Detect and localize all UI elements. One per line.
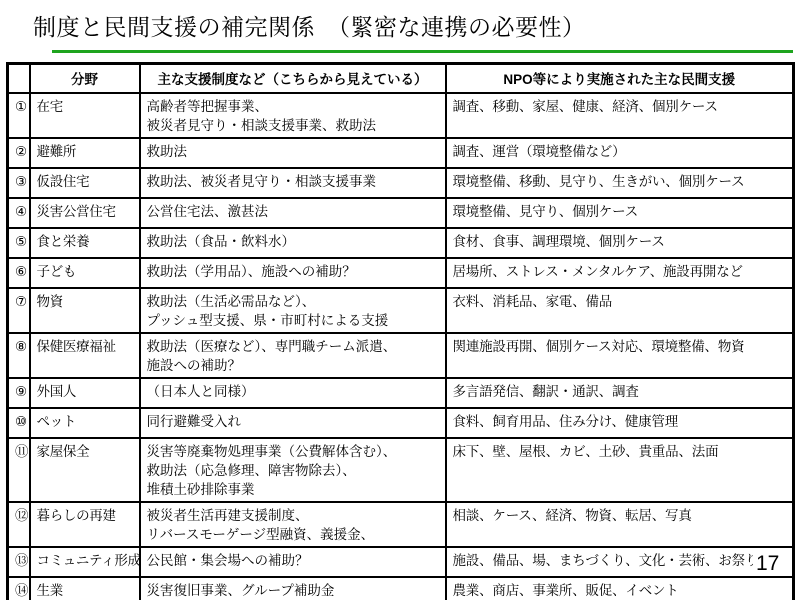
system-cell: 災害復旧事業、グループ補助金	[140, 577, 446, 600]
header-field: 分野	[30, 64, 140, 93]
system-cell: 災害等廃棄物処理事業（公費解体含む）、 救助法（応急修理、障害物除去）、 堆積土…	[140, 438, 446, 502]
row-number: ⑩	[8, 408, 30, 438]
header-npo: NPO等により実施された主な民間支援	[446, 64, 794, 93]
npo-cell: 多言語発信、翻訳・通訳、調査	[446, 378, 794, 408]
npo-cell: 関連施設再開、個別ケース対応、環境整備、物資	[446, 333, 794, 378]
field-cell: 暮らしの再建	[30, 502, 140, 547]
row-number: ⑫	[8, 502, 30, 547]
table-row: ② 避難所 救助法 調査、運営（環境整備など）	[8, 138, 794, 168]
field-cell: ペット	[30, 408, 140, 438]
table-row: ① 在宅 高齢者等把握事業、 被災者見守り・相談支援事業、救助法 調査、移動、家…	[8, 93, 794, 138]
page-title: 制度と民間支援の補完関係 （緊密な連携の必要性）	[33, 9, 586, 42]
table-row: ⑤ 食と栄養 救助法（食品・飲料水） 食材、食事、調理環境、個別ケース	[8, 228, 794, 258]
system-cell: 救助法（医療など）、専門職チーム派遣、 施設への補助？	[140, 333, 446, 378]
page-number: 17	[753, 552, 782, 576]
table-row: ⑥ 子ども 救助法（学用品）、施設への補助？ 居場所、ストレス・メンタルケア、施…	[8, 258, 794, 288]
row-number: ⑧	[8, 333, 30, 378]
npo-cell: 環境整備、移動、見守り、生きがい、個別ケース	[446, 168, 794, 198]
field-cell: コミュニティ形成	[30, 547, 140, 577]
support-comparison-table: 分野 主な支援制度など（こちらから見えている） NPO等により実施された主な民間…	[6, 62, 795, 600]
npo-cell: 調査、移動、家屋、健康、経済、個別ケース	[446, 93, 794, 138]
field-cell: 在宅	[30, 93, 140, 138]
system-cell: 救助法	[140, 138, 446, 168]
field-cell: 外国人	[30, 378, 140, 408]
system-cell: 救助法（学用品）、施設への補助？	[140, 258, 446, 288]
row-number: ⑦	[8, 288, 30, 333]
npo-cell: 農業、商店、事業所、販促、イベント	[446, 577, 794, 600]
table-row: ⑪ 家屋保全 災害等廃棄物処理事業（公費解体含む）、 救助法（応急修理、障害物除…	[8, 438, 794, 502]
system-cell: （日本人と同様）	[140, 378, 446, 408]
npo-cell: 居場所、ストレス・メンタルケア、施設再開など	[446, 258, 794, 288]
system-cell: 救助法（食品・飲料水）	[140, 228, 446, 258]
row-number: ⑪	[8, 438, 30, 502]
table-row: ⑦ 物資 救助法（生活必需品など）、 プッシュ型支援、県・市町村による支援 衣料…	[8, 288, 794, 333]
field-cell: 災害公営住宅	[30, 198, 140, 228]
npo-cell: 施設、備品、場、まちづくり、文化・芸術、お祭り	[446, 547, 794, 577]
field-cell: 物資	[30, 288, 140, 333]
table-row: ⑬ コミュニティ形成 公民館・集会場への補助？ 施設、備品、場、まちづくり、文化…	[8, 547, 794, 577]
row-number: ①	[8, 93, 30, 138]
npo-cell: 食材、食事、調理環境、個別ケース	[446, 228, 794, 258]
table-row: ⑩ ペット 同行避難受入れ 食料、飼育用品、住み分け、健康管理	[8, 408, 794, 438]
row-number: ②	[8, 138, 30, 168]
title-underline-rule	[52, 50, 793, 53]
field-cell: 家屋保全	[30, 438, 140, 502]
npo-cell: 調査、運営（環境整備など）	[446, 138, 794, 168]
table-row: ⑧ 保健医療福祉 救助法（医療など）、専門職チーム派遣、 施設への補助？ 関連施…	[8, 333, 794, 378]
system-cell: 被災者生活再建支援制度、 リバースモーゲージ型融資、義援金、	[140, 502, 446, 547]
table-header-row: 分野 主な支援制度など（こちらから見えている） NPO等により実施された主な民間…	[8, 64, 794, 93]
table-row: ⑭ 生業 災害復旧事業、グループ補助金 農業、商店、事業所、販促、イベント	[8, 577, 794, 600]
row-number: ⑤	[8, 228, 30, 258]
npo-cell: 床下、壁、屋根、カビ、土砂、貴重品、法面	[446, 438, 794, 502]
table-row: ⑫ 暮らしの再建 被災者生活再建支援制度、 リバースモーゲージ型融資、義援金、 …	[8, 502, 794, 547]
system-cell: 救助法、被災者見守り・相談支援事業	[140, 168, 446, 198]
system-cell: 公民館・集会場への補助？	[140, 547, 446, 577]
field-cell: 保健医療福祉	[30, 333, 140, 378]
table-row: ④ 災害公営住宅 公営住宅法、激甚法 環境整備、見守り、個別ケース	[8, 198, 794, 228]
row-number: ⑭	[8, 577, 30, 600]
system-cell: 同行避難受入れ	[140, 408, 446, 438]
system-cell: 高齢者等把握事業、 被災者見守り・相談支援事業、救助法	[140, 93, 446, 138]
table-row: ③ 仮設住宅 救助法、被災者見守り・相談支援事業 環境整備、移動、見守り、生きが…	[8, 168, 794, 198]
field-cell: 避難所	[30, 138, 140, 168]
header-system: 主な支援制度など（こちらから見えている）	[140, 64, 446, 93]
row-number: ⑬	[8, 547, 30, 577]
header-number	[8, 64, 30, 93]
row-number: ⑨	[8, 378, 30, 408]
row-number: ⑥	[8, 258, 30, 288]
system-cell: 公営住宅法、激甚法	[140, 198, 446, 228]
npo-cell: 衣料、消耗品、家電、備品	[446, 288, 794, 333]
field-cell: 生業	[30, 577, 140, 600]
row-number: ④	[8, 198, 30, 228]
row-number: ③	[8, 168, 30, 198]
system-cell: 救助法（生活必需品など）、 プッシュ型支援、県・市町村による支援	[140, 288, 446, 333]
npo-cell: 環境整備、見守り、個別ケース	[446, 198, 794, 228]
field-cell: 食と栄養	[30, 228, 140, 258]
field-cell: 仮設住宅	[30, 168, 140, 198]
npo-cell: 相談、ケース、経済、物資、転居、写真	[446, 502, 794, 547]
field-cell: 子ども	[30, 258, 140, 288]
npo-cell: 食料、飼育用品、住み分け、健康管理	[446, 408, 794, 438]
table-row: ⑨ 外国人 （日本人と同様） 多言語発信、翻訳・通訳、調査	[8, 378, 794, 408]
